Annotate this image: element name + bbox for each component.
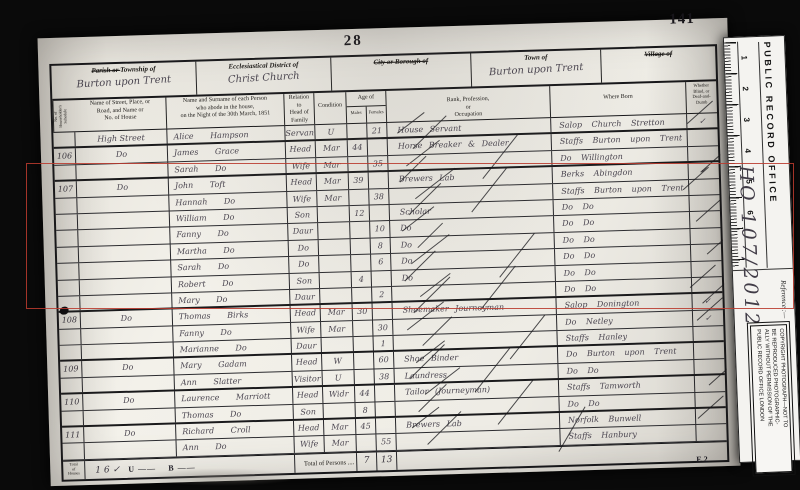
schedule-cell — [55, 198, 77, 214]
field-district: Ecclesiastical District of Christ Church — [196, 58, 332, 95]
col-born-header: Where Born — [550, 82, 687, 117]
age-female-cell: 2 — [372, 287, 392, 302]
page-number-right: 141 — [669, 11, 695, 29]
condition-cell: Mar — [317, 173, 349, 189]
street-cell: Do — [83, 392, 175, 410]
schedule-cell: 111 — [62, 427, 84, 443]
street-cell — [80, 293, 172, 310]
blind-cell — [693, 326, 723, 341]
relation-cell: Daur — [290, 289, 320, 304]
table-rows: High Street Alice Hampson Servant U 21 H… — [53, 113, 726, 460]
field-borough-struck: City or Borough of — [373, 57, 428, 67]
col-age-header: Age of Males Females — [346, 91, 387, 123]
blind-cell — [689, 179, 719, 195]
blind-cell — [688, 146, 718, 161]
relation-cell: Son — [293, 404, 323, 419]
total-persons-label: Total of Persons .... — [295, 453, 358, 473]
schedule-cell — [53, 132, 75, 147]
age-female-cell — [375, 385, 395, 401]
street-cell — [76, 162, 168, 179]
age-male-cell: 8 — [355, 402, 375, 417]
age-female-cell: 35 — [368, 156, 388, 171]
age-male-cell — [347, 124, 367, 139]
relation-cell: Head — [292, 355, 322, 371]
condition-cell — [318, 222, 350, 238]
blind-cell: ✓ — [692, 293, 722, 309]
age-female-cell — [372, 270, 392, 286]
name-cell: Sarah Do — [168, 159, 286, 177]
field-town-rest: Town of — [524, 53, 548, 62]
schedule-cell — [56, 214, 78, 230]
field-borough: City or Borough of — [331, 53, 472, 90]
age-male-cell: 44 — [348, 140, 368, 156]
col-relation-header: Relation to Head of Family — [284, 93, 315, 125]
age-male-cell: 45 — [356, 418, 376, 434]
blind-cell — [692, 277, 722, 292]
name-cell: Ann Slatter — [175, 372, 293, 390]
condition-cell: Mar — [317, 190, 349, 206]
age-female-cell: 8 — [371, 238, 391, 254]
schedule-cell: 106 — [54, 149, 76, 165]
age-female-cell: 60 — [374, 352, 394, 368]
age-male-cell — [349, 189, 369, 205]
street-cell — [79, 244, 171, 262]
born-cell: Do Do — [558, 360, 694, 378]
col-age-label: Age of — [346, 91, 385, 107]
condition-cell: Mar — [324, 419, 356, 435]
condition-cell — [320, 288, 352, 303]
census-table: Parish or Township of Burton upon Trent … — [49, 44, 729, 481]
total-houses-label: Total of Houses — [63, 461, 86, 480]
condition-cell — [318, 206, 350, 222]
condition-cell: U — [322, 370, 354, 385]
street-cell: Do — [81, 310, 173, 328]
age-female-cell — [375, 402, 395, 417]
field-parish-rest: Township of — [120, 65, 156, 74]
age-female-cell — [369, 172, 389, 188]
relation-cell: Servant — [285, 125, 315, 140]
blind-cell — [688, 130, 718, 146]
age-male-cell — [354, 353, 374, 369]
age-female-cell: 21 — [367, 123, 387, 138]
condition-cell: U — [315, 124, 347, 139]
col-age-females: Females — [366, 106, 386, 123]
age-female-cell: 10 — [370, 221, 390, 237]
relation-cell: Daur — [288, 223, 318, 239]
age-female-cell: 1 — [374, 336, 394, 351]
age-male-cell: 44 — [355, 386, 375, 402]
page-number-left: 28 — [343, 33, 362, 51]
schedule-cell — [58, 280, 80, 296]
ruler-number-1: 1 — [740, 55, 749, 60]
relation-cell: Head — [293, 387, 323, 403]
schedule-cell: 108 — [59, 312, 81, 328]
blind-cell — [696, 424, 726, 440]
field-village-struck: Village of — [644, 50, 672, 59]
schedule-cell — [57, 263, 79, 279]
street-cell: Do — [82, 359, 174, 377]
street-cell — [78, 228, 170, 246]
relation-cell: Son — [288, 207, 318, 223]
age-male-cell — [350, 222, 370, 238]
schedule-cell — [56, 231, 78, 247]
blind-cell — [691, 244, 721, 260]
age-female-cell — [370, 205, 390, 221]
field-borough-label: City or Borough of — [331, 54, 470, 68]
public-record-office-label: PUBLIC RECORD OFFICE — [758, 41, 781, 267]
field-village: Village of — [601, 46, 716, 82]
reference-number: HO 107/2012 — [735, 165, 763, 328]
field-parish: Parish or Township of Burton upon Trent — [51, 62, 197, 99]
field-parish-value: Burton upon Trent — [52, 73, 196, 92]
schedule-cell: 110 — [61, 394, 83, 410]
name-cell: Alice Hampson — [167, 126, 285, 144]
born-cell: Do Do — [559, 393, 695, 411]
relation-cell: Do — [289, 256, 319, 272]
age-male-cell — [353, 320, 373, 336]
condition-cell: Mar — [316, 141, 348, 157]
relation-cell: Head — [291, 305, 321, 321]
printers-signature: E 2 — [696, 455, 708, 464]
condition-cell: W — [322, 354, 354, 370]
name-cell: Mary Do — [172, 290, 290, 308]
census-sheet: Parish or Township of Burton upon Trent … — [49, 44, 729, 481]
age-female-cell: 55 — [376, 434, 396, 450]
born-cell: Do Willington — [552, 147, 688, 165]
field-town-value: Burton upon Trent — [471, 61, 600, 79]
blind-cell — [694, 359, 724, 374]
age-male-cell: 39 — [349, 173, 369, 189]
schedule-cell — [62, 411, 84, 426]
age-male-cell — [351, 238, 371, 254]
total-males: 7 — [357, 452, 378, 471]
age-male-cell: 12 — [350, 206, 370, 222]
condition-cell: Widr — [323, 386, 355, 402]
street-cell: High Street — [75, 130, 167, 147]
relation-cell: Son — [290, 273, 320, 289]
ruler-number-4: 4 — [743, 148, 752, 153]
census-scan-viewer: 28 141 E 2 Parish or Township of Burton … — [0, 0, 800, 490]
col-street-header: Name of Street, Place, or Road, and Name… — [74, 98, 167, 132]
schedule-cell — [54, 165, 76, 180]
total-females: 13 — [377, 452, 398, 471]
age-female-cell: 6 — [371, 254, 391, 270]
age-male-cell: 30 — [353, 304, 373, 320]
relation-cell: Wife — [294, 436, 324, 452]
blind-cell — [695, 392, 725, 407]
census-page: 28 141 E 2 Parish or Township of Burton … — [38, 18, 741, 486]
relation-cell: Daur — [292, 338, 322, 353]
street-cell: Do — [84, 424, 176, 442]
street-cell — [78, 211, 170, 229]
age-male-cell — [354, 337, 374, 352]
col-age-subheaders: Males Females — [347, 106, 386, 123]
scan-smudge — [140, 468, 300, 486]
street-cell: Do — [77, 179, 169, 197]
street-cell — [82, 343, 174, 360]
blind-cell — [689, 195, 719, 211]
age-male-cell — [354, 369, 374, 384]
condition-cell: Mar — [321, 304, 353, 320]
born-cell: Do Do — [556, 278, 692, 296]
ruler-number-2: 2 — [741, 86, 750, 91]
age-male-cell — [348, 156, 368, 171]
street-cell — [80, 277, 172, 295]
street-cell — [79, 261, 171, 279]
relation-cell: Wife — [287, 191, 317, 207]
blind-cell — [690, 228, 720, 244]
age-female-cell — [373, 303, 393, 319]
age-female-cell: 30 — [373, 320, 393, 336]
blind-cell — [690, 212, 720, 228]
condition-cell — [319, 239, 351, 255]
street-cell — [77, 195, 169, 213]
blind-cell: ✓ — [687, 113, 717, 128]
blind-cell: ✓ — [688, 162, 718, 178]
relation-cell: Do — [289, 240, 319, 256]
field-district-value: Christ Church — [197, 69, 331, 87]
name-cell: Marianne Do — [174, 339, 292, 357]
field-district-rest: Ecclesiastical District of — [228, 61, 298, 71]
schedule-cell: 109 — [60, 362, 82, 378]
born-cell: Staffs Hanley — [557, 327, 693, 345]
schedule-cell — [63, 444, 85, 460]
age-female-cell — [368, 139, 388, 155]
col-condition-header: Condition — [314, 92, 347, 124]
blind-cell — [691, 261, 721, 277]
age-male-cell: 4 — [352, 271, 372, 287]
relation-cell: Visitor — [293, 371, 323, 386]
relation-cell: Wife — [286, 158, 316, 173]
age-female-cell: 38 — [369, 189, 389, 205]
condition-cell: Mar — [321, 321, 353, 337]
ruler-number-3: 3 — [742, 117, 751, 122]
condition-cell: Mar — [324, 435, 356, 451]
street-cell: Do — [76, 146, 168, 164]
relation-cell: Wife — [291, 322, 321, 338]
schedule-cell — [61, 378, 83, 393]
age-male-cell — [351, 255, 371, 271]
name-cell: Thomas Do — [176, 405, 294, 423]
condition-cell — [319, 255, 351, 271]
relation-cell: Head — [287, 174, 317, 190]
blind-cell: ✓ — [693, 310, 723, 326]
col-blind-header: Whether Blind, or Deaf-and- Dumb — [686, 81, 717, 113]
street-cell — [84, 408, 176, 425]
age-female-cell: 38 — [374, 369, 394, 384]
age-male-cell — [352, 287, 372, 302]
schedule-cell — [57, 247, 79, 263]
copyright-notice: COPYRIGHT PHOTOGRAPH—NOT TO BE REPRODUCE… — [750, 324, 792, 473]
schedule-cell: 107 — [55, 181, 77, 197]
col-schedule-header: No. of Householder's Schedule — [52, 100, 75, 132]
relation-cell: Head — [294, 420, 324, 436]
condition-cell — [322, 337, 354, 352]
col-name-header: Name and Surname of each Person who abod… — [166, 94, 285, 128]
schedule-cell — [60, 345, 82, 360]
condition-cell — [323, 403, 355, 418]
reference-label: Reference :— — [779, 280, 788, 318]
age-male-cell — [356, 435, 376, 451]
relation-cell: Head — [286, 142, 316, 158]
condition-cell: Mar — [316, 157, 348, 172]
born-cell: Salop Church Stretton — [551, 114, 687, 132]
street-cell — [83, 375, 175, 392]
blind-cell — [694, 343, 724, 359]
blind-cell — [695, 375, 725, 391]
age-female-cell — [376, 418, 396, 434]
blind-cell — [696, 408, 726, 424]
schedule-cell — [59, 329, 81, 345]
col-age-males: Males — [347, 107, 367, 124]
field-town: Town of Burton upon Trent — [471, 50, 602, 87]
total-houses-value: 1 6 ✓ — [95, 465, 120, 476]
condition-cell — [320, 272, 352, 288]
field-parish-struck: Parish or — [91, 66, 120, 75]
street-cell — [81, 326, 173, 344]
street-cell — [85, 441, 177, 459]
col-occupation-header: Rank, Profession, or Occupation — [386, 86, 551, 122]
field-village-label: Village of — [601, 46, 715, 59]
